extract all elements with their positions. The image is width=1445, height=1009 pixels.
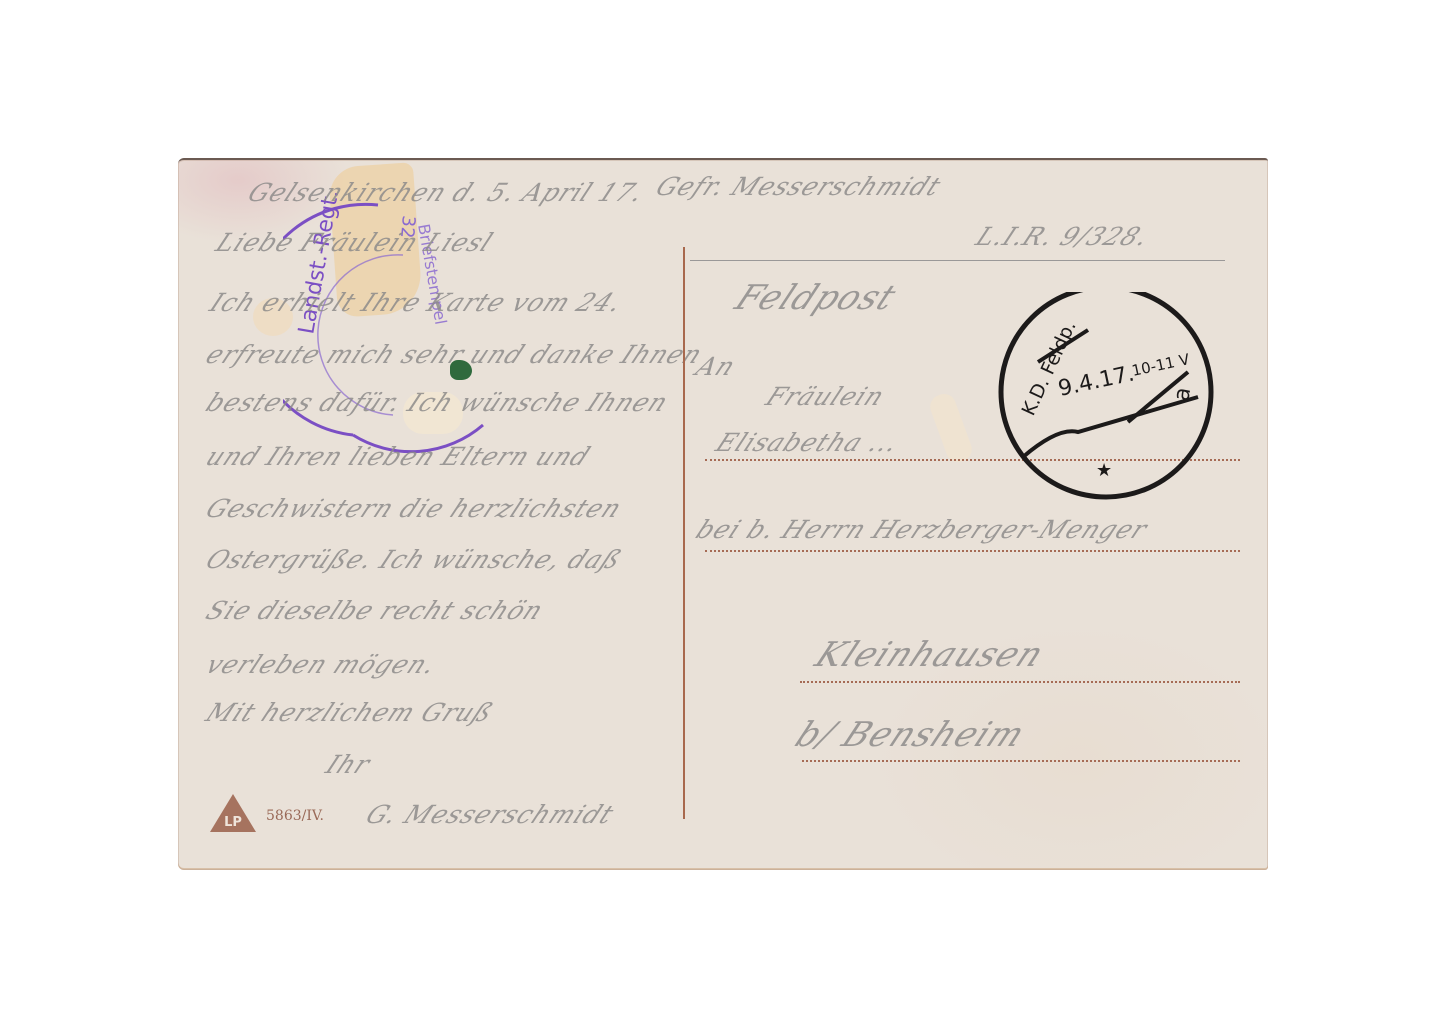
address-line: Fräulein bbox=[761, 382, 890, 411]
svg-text:★: ★ bbox=[1096, 460, 1112, 481]
message-line: Gelsenkirchen d. 5. April 17. bbox=[243, 178, 649, 207]
message-line: Sie dieselbe recht schön bbox=[201, 596, 548, 625]
message-line: erfreute mich sehr und danke Ihnen bbox=[201, 340, 708, 369]
message-line: Ich erhielt Ihre Karte vom 24. bbox=[205, 288, 628, 317]
sender-unit: L.I.R. 9/328. bbox=[971, 222, 1155, 251]
message-line: Geschwistern die herzlichsten bbox=[201, 494, 627, 523]
feldpost-postmark: K.D. Feldp. 9.4.17. 10-11 V a ★ bbox=[998, 292, 1238, 532]
message-line: Liebe Fräulein Liesl bbox=[211, 228, 498, 257]
svg-text:K.D. Feldp.: K.D. Feldp. bbox=[1018, 317, 1081, 419]
address-dotted-line bbox=[705, 550, 1240, 552]
sender-name: Gefr. Messerschmidt bbox=[651, 172, 946, 201]
pencil-rule bbox=[690, 260, 1225, 261]
svg-text:9.4.17.: 9.4.17. bbox=[1056, 361, 1136, 401]
address-dotted-line bbox=[802, 760, 1240, 762]
message-line: Mit herzlichem Gruß bbox=[201, 698, 498, 727]
svg-text:LP: LP bbox=[224, 815, 242, 830]
message-line: Ostergrüße. Ich wünsche, daß bbox=[201, 545, 627, 574]
signature: G. Messerschmidt bbox=[361, 800, 619, 829]
center-divider bbox=[683, 247, 685, 819]
svg-text:a: a bbox=[1169, 385, 1196, 403]
message-line: Ihr bbox=[321, 750, 375, 779]
address-region: b/ Bensheim bbox=[789, 715, 1032, 755]
message-line: verleben mögen. bbox=[201, 650, 442, 679]
paper-stain bbox=[927, 391, 975, 466]
address-dotted-line bbox=[800, 681, 1240, 683]
censor-stamp: Landst.-Regt. Briefstempel 32 bbox=[283, 185, 513, 465]
message-line: bestens dafür. Ich wünsche Ihnen bbox=[201, 388, 673, 417]
message-line: und Ihren lieben Eltern und bbox=[201, 442, 595, 471]
postcard: Landst.-Regt. Briefstempel 32 Gelsenkirc… bbox=[178, 158, 1268, 870]
catalog-number: 5863/IV. bbox=[266, 808, 324, 824]
publisher-logo-icon: LP bbox=[208, 792, 258, 834]
address-line: Elisabetha ... bbox=[711, 428, 904, 457]
address-city: Kleinhausen bbox=[809, 635, 1051, 675]
feldpost-label: Feldpost bbox=[729, 278, 903, 318]
